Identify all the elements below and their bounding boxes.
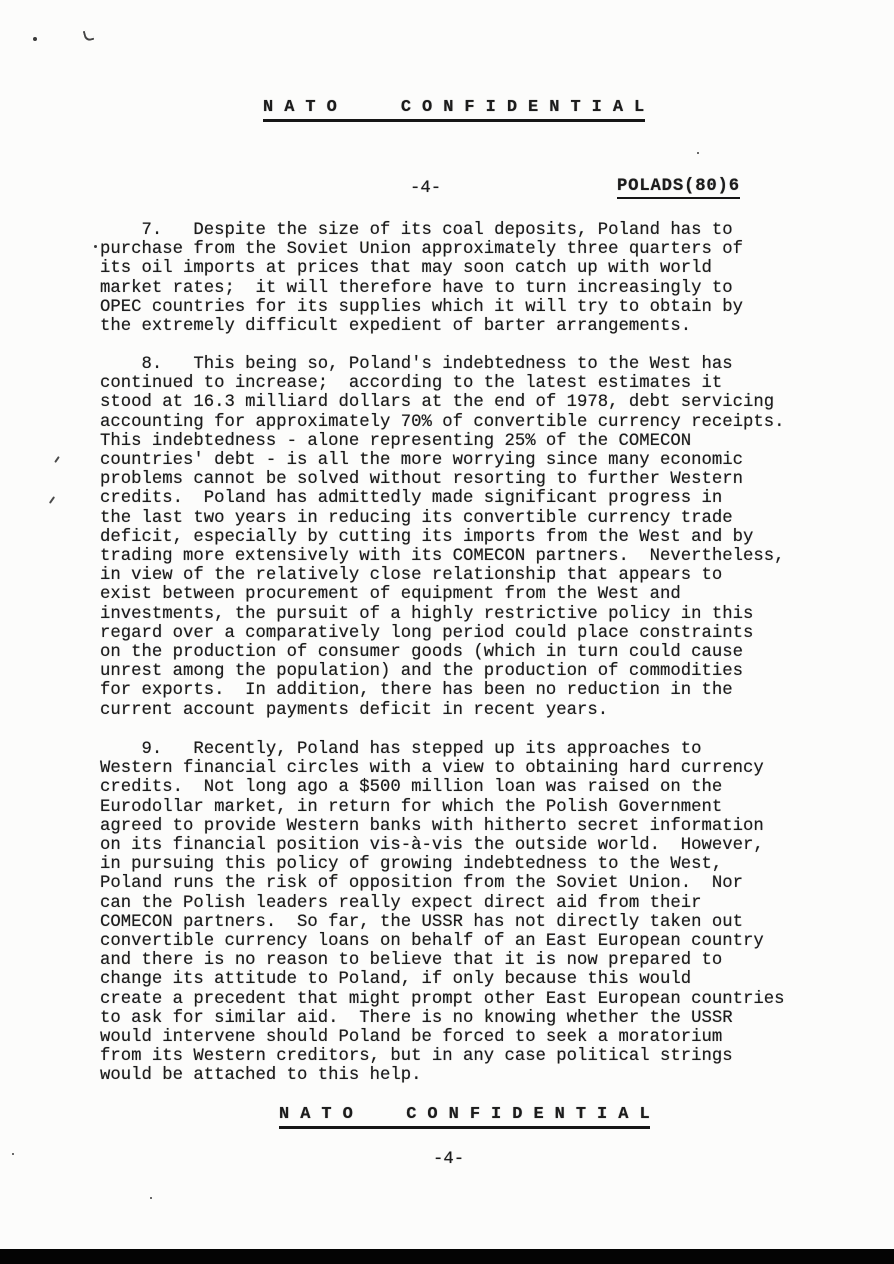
paragraph-8: 8. This being so, Poland's indebtedness … [100, 355, 784, 720]
ink-speck [12, 1153, 14, 1155]
ink-speck [54, 456, 60, 463]
ink-speck [697, 152, 699, 154]
document-page: N A T O C O N F I D E N T I A L -4- POLA… [0, 0, 894, 1264]
ink-speck [150, 1197, 152, 1199]
ink-speck [94, 245, 97, 248]
ink-squiggle [83, 29, 95, 42]
page-number-bottom: -4- [433, 1150, 464, 1169]
paragraph-9: 9. Recently, Poland has stepped up its a… [100, 740, 784, 1086]
classification-header: N A T O C O N F I D E N T I A L [263, 98, 645, 122]
classification-footer: N A T O C O N F I D E N T I A L [279, 1105, 650, 1129]
page-number-top: -4- [410, 179, 441, 198]
scan-edge-bar [0, 1249, 894, 1264]
document-reference: POLADS(80)6 [617, 177, 740, 199]
ink-speck [33, 37, 37, 41]
ink-speck [49, 496, 55, 504]
paragraph-7: 7. Despite the size of its coal deposits… [100, 221, 743, 336]
